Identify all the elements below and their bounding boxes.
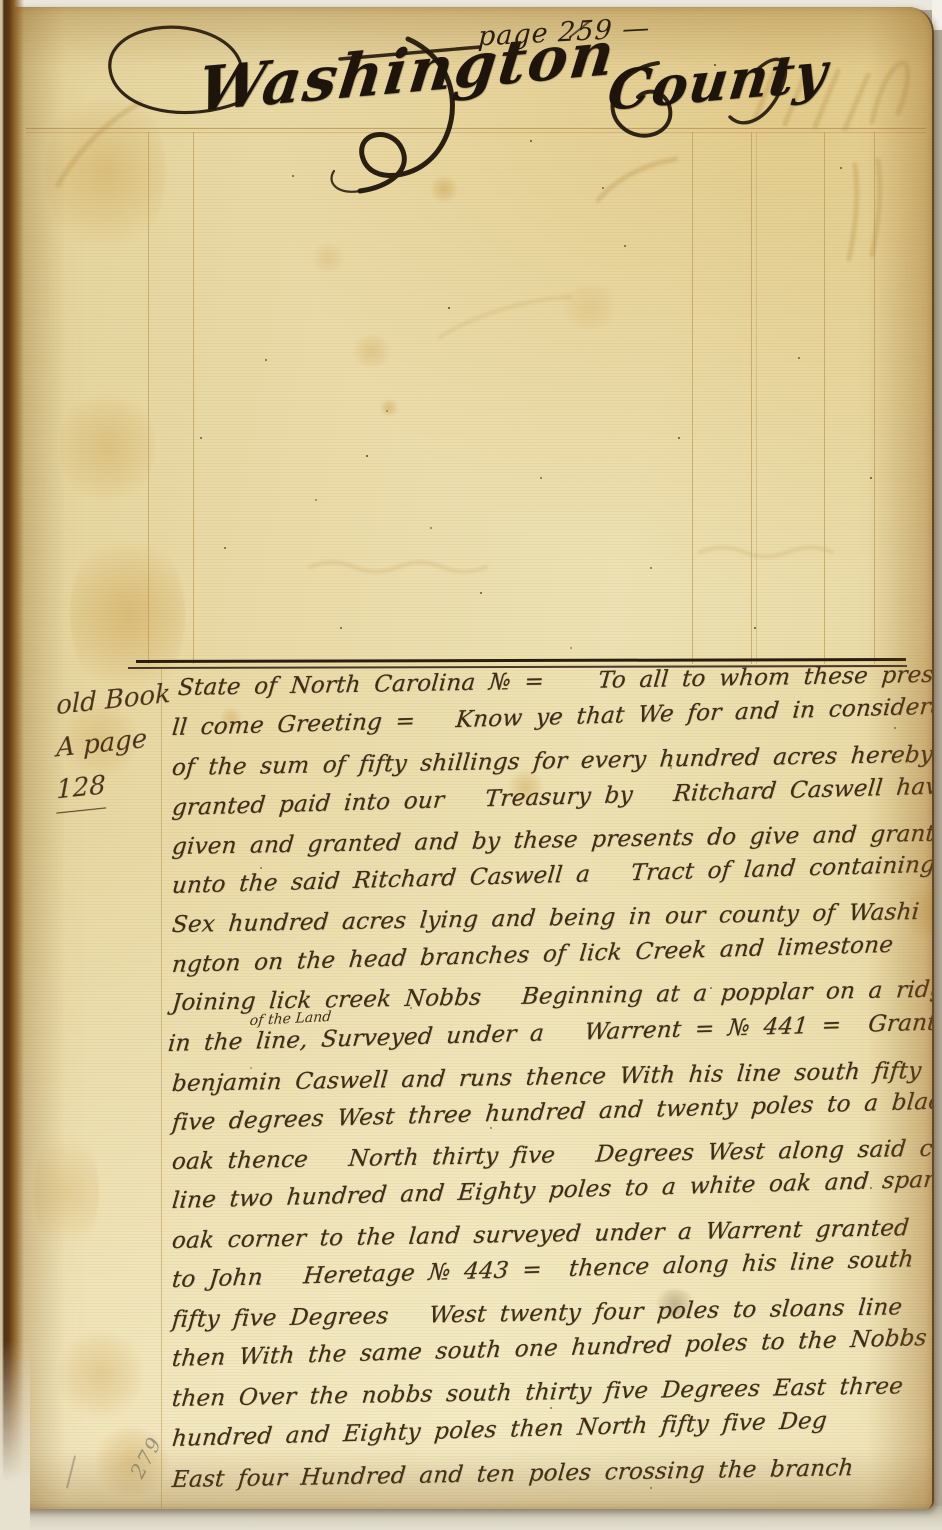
- scanner-edge-bottom: [0, 1506, 942, 1530]
- foxing-stain: [58, 1327, 143, 1422]
- scanner-edge-corner: [932, 0, 942, 30]
- manuscript-page: page 259 — Washington County old Book A …: [10, 7, 934, 1509]
- margin-note-page-number: 128: [56, 764, 105, 813]
- foxing-stain: [34, 1127, 99, 1257]
- book-binding-edge: [0, 0, 26, 1530]
- margin-reference-note: old Book A page 128: [56, 672, 175, 813]
- binding-fade: [0, 1340, 30, 1530]
